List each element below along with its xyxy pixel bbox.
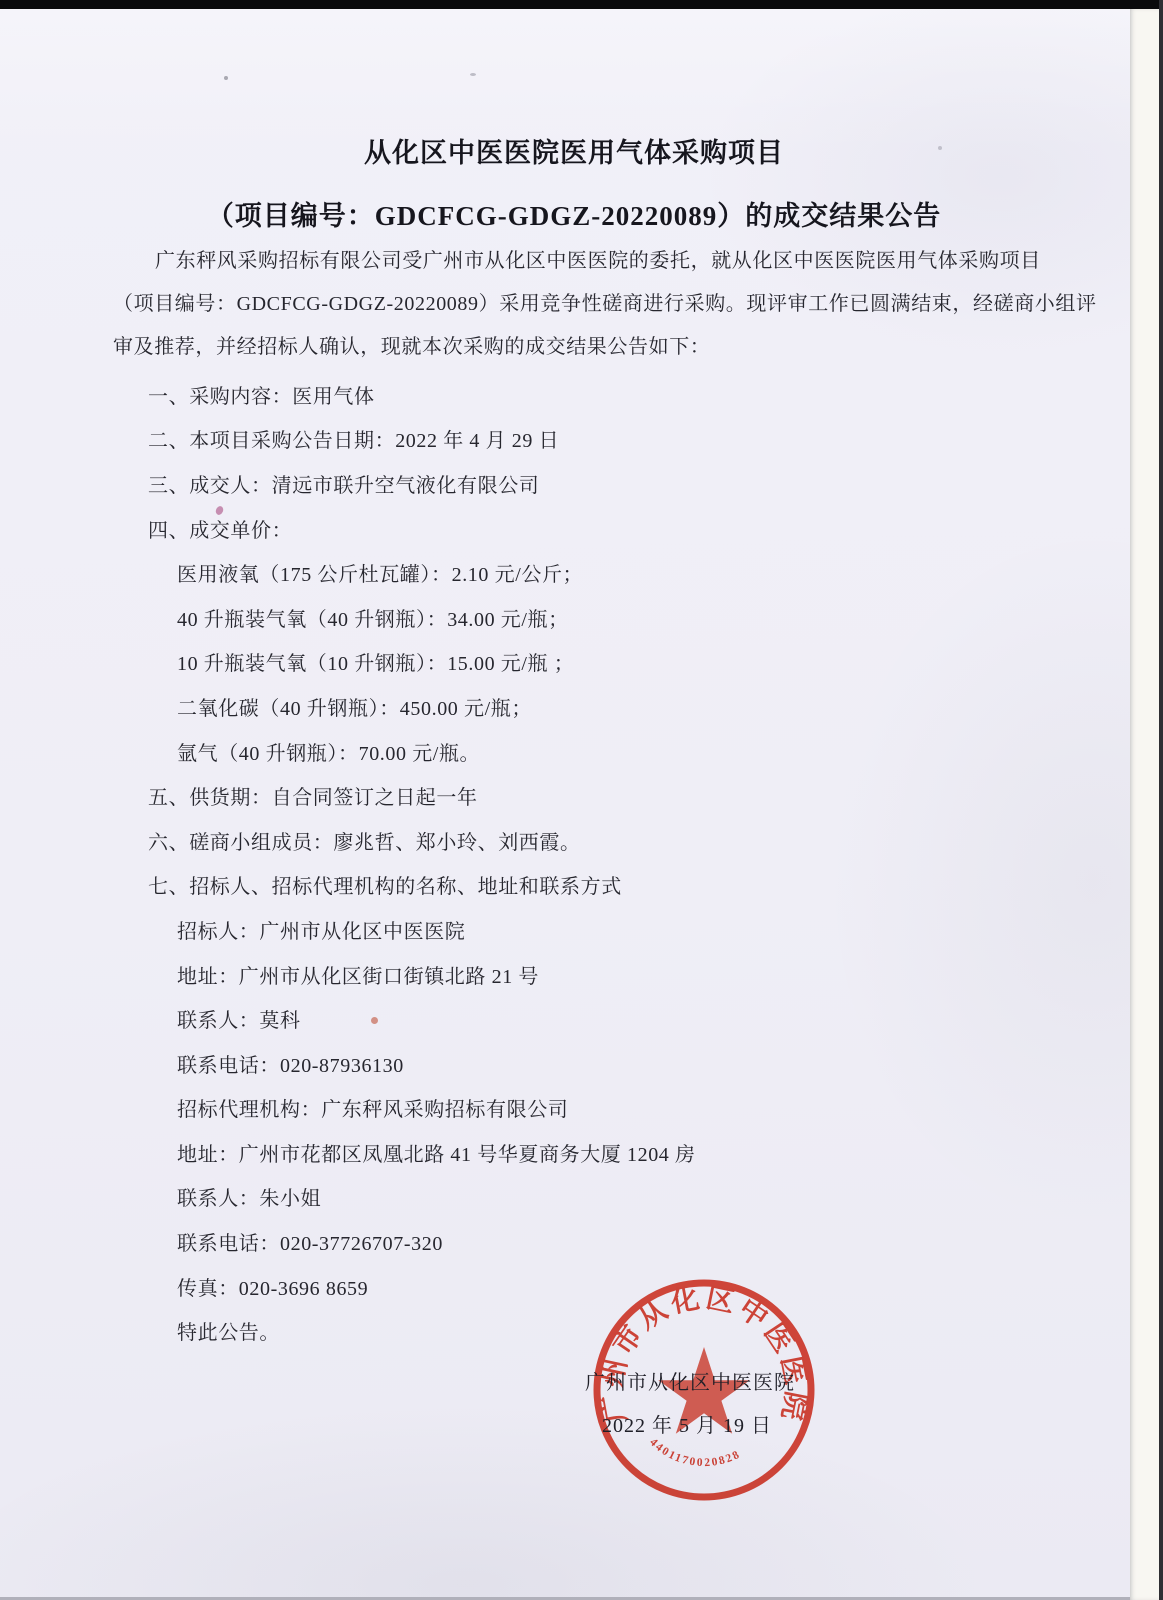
contact-agency-person: 联系人：朱小姐 — [0, 1175, 1130, 1220]
line-contact-section-heading: 七、招标人、招标代理机构的名称、地址和联系方式 — [0, 863, 1130, 908]
seal-serial-holder: 4401170020828 — [647, 1436, 743, 1469]
scan-edge-right — [1159, 0, 1163, 1600]
seal-serial-number: 4401170020828 — [647, 1436, 743, 1469]
scan-speck — [224, 76, 228, 80]
intro-line-1: 广东秤风采购招标有限公司受广州市从化区中医医院的委托，就从化区中医医院医用气体采… — [113, 240, 1043, 283]
contact-agency-fax: 传真：020-3696 8659 — [0, 1264, 1130, 1309]
contact-agency-phone: 联系电话：020-37726707-320 — [0, 1219, 1130, 1264]
contact-tenderer-address: 地址：广州市从化区街口街镇北路 21 号 — [0, 952, 1130, 997]
intro-paragraph: 广东秤风采购招标有限公司受广州市从化区中医医院的委托，就从化区中医医院医用气体采… — [113, 240, 1043, 369]
line-closing: 特此公告。 — [0, 1308, 1130, 1353]
contact-agency-address: 地址：广州市花都区凤凰北路 41 号华夏商务大厦 1204 房 — [0, 1130, 1130, 1175]
line-purchase-content: 一、采购内容：医用气体 — [0, 372, 1130, 417]
scan-speck — [470, 73, 476, 76]
scanned-document-page: 从化区中医医院医用气体采购项目 （项目编号：GDCFCG-GDGZ-202200… — [0, 0, 1163, 1600]
contact-tenderer-phone: 联系电话：020-87936130 — [0, 1041, 1130, 1086]
line-unit-price-heading: 四、成交单价： — [0, 506, 1130, 551]
contact-tenderer-person: 联系人：莫科 — [0, 996, 1130, 1041]
document-title: 从化区中医医院医用气体采购项目 — [0, 131, 1148, 170]
scan-edge-top — [0, 0, 1163, 9]
line-winning-bidder: 三、成交人：清远市联升空气液化有限公司 — [0, 461, 1130, 506]
contact-tenderer-name: 招标人：广州市从化区中医医院 — [0, 907, 1130, 952]
price-argon: 氩气（40 升钢瓶）：70.00 元/瓶。 — [0, 729, 1130, 774]
price-medical-liquid-oxygen: 医用液氧（175 公斤杜瓦罐）：2.10 元/公斤； — [0, 550, 1130, 595]
signature-date: 2022 年 5 月 19 日 — [602, 1409, 772, 1438]
contact-agency-name: 招标代理机构：广东秤风采购招标有限公司 — [0, 1086, 1130, 1131]
line-panel-members: 六、磋商小组成员：廖兆哲、郑小玲、刘西霞。 — [0, 818, 1130, 863]
price-10l-bottled-oxygen: 10 升瓶装气氧（10 升钢瓶）：15.00 元/瓶 ； — [0, 640, 1130, 685]
page-edge-strip — [1130, 9, 1160, 1600]
price-40l-bottled-oxygen: 40 升瓶装气氧（40 升钢瓶）：34.00 元/瓶； — [0, 595, 1130, 640]
signature-org: 广州市从化区中医医院 — [585, 1366, 795, 1395]
body-lines: 一、采购内容：医用气体 二、本项目采购公告日期：2022 年 4 月 29 日 … — [0, 372, 1130, 1353]
intro-line-2: （项目编号：GDCFCG-GDGZ-20220089）采用竞争性磋商进行采购。现… — [113, 283, 1043, 326]
price-carbon-dioxide: 二氧化碳（40 升钢瓶）：450.00 元/瓶； — [0, 684, 1130, 729]
intro-line-3: 审及推荐，并经招标人确认，现就本次采购的成交结果公告如下： — [113, 326, 1043, 369]
line-announcement-date: 二、本项目采购公告日期：2022 年 4 月 29 日 — [0, 417, 1130, 462]
line-supply-period: 五、供货期：自合同签订之日起一年 — [0, 773, 1130, 818]
document-subtitle: （项目编号：GDCFCG-GDGZ-20220089）的成交结果公告 — [0, 194, 1148, 233]
